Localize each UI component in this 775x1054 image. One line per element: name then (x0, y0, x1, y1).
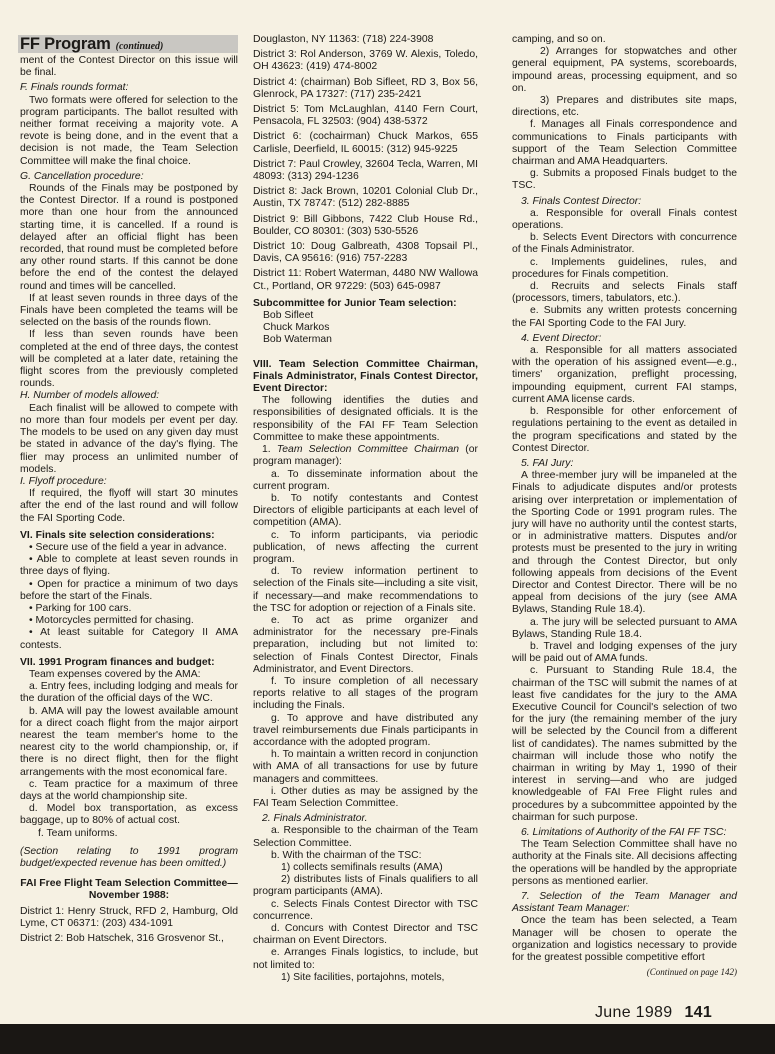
section-header: FF Program (continued) (18, 35, 238, 53)
list-item: e. Submits any written protests concerni… (512, 305, 737, 329)
item-number: 1. (262, 444, 271, 455)
district-entry: District 4: (chairman) Bob Sifleet, RD 3… (253, 77, 478, 101)
subcommittee-heading: Subcommittee for Junior Team selection: (253, 298, 478, 310)
subheading: 2. Finals Administrator. (253, 813, 478, 825)
continued-label: (continued) (116, 41, 164, 53)
member-name: Chuck Markos (253, 322, 478, 334)
district-entry: District 7: Paul Crowley, 32604 Tecla, W… (253, 159, 478, 183)
column-1: FF Program (continued) ment of the Conte… (20, 35, 238, 948)
list-item: c. Selects Finals Contest Director with … (253, 899, 478, 923)
list-item: d. Model box transportation, as excess b… (20, 803, 238, 827)
column-3: camping, and so on. 2) Arranges for stop… (512, 34, 737, 978)
subheading: H. Number of models allowed: (20, 390, 238, 402)
list-item: b. To notify contestants and Contest Dir… (253, 493, 478, 530)
bullet-item: • Parking for 100 cars. (20, 603, 238, 615)
scan-edge (0, 1024, 775, 1054)
list-item: a. Responsible to the chairman of the Te… (253, 825, 478, 849)
subcommittee-members: Bob Sifleet Chuck Markos Bob Waterman (253, 310, 478, 347)
list-item: f. Team uniforms. (20, 828, 238, 840)
list-item: b. Travel and lodging expenses of the ju… (512, 641, 737, 665)
list-item: f. Manages all Finals correspondence and… (512, 119, 737, 168)
list-item: b. Responsible for other enforcement of … (512, 406, 737, 455)
column-2: Douglaston, NY 11363: (718) 224-3908 Dis… (253, 34, 478, 984)
bullet-item: • Secure use of the field a year in adva… (20, 542, 238, 554)
section-title: FF Program (20, 35, 111, 53)
list-item: c. To inform participants, via periodic … (253, 530, 478, 567)
list-item: b. Selects Event Directors with concurre… (512, 232, 737, 256)
paragraph: The Team Selection Committee shall have … (512, 839, 737, 888)
magazine-page: FF Program (continued) ment of the Conte… (0, 0, 775, 1024)
page-folio: June 1989141 (595, 1004, 712, 1022)
page-number: 141 (684, 1004, 712, 1021)
paragraph: Two formats were offered for selection t… (20, 95, 238, 168)
item-title: Team Selection Committee Chairman (277, 444, 459, 455)
paragraph: Rounds of the Finals may be postponed by… (20, 183, 238, 293)
list-item: d. To review information pertinent to se… (253, 566, 478, 615)
list-item: e. To act as prime organizer and adminis… (253, 615, 478, 676)
section-heading: VIII. Team Selection Committee Chairman,… (253, 359, 478, 396)
paragraph: If required, the flyoff will start 30 mi… (20, 488, 238, 525)
list-item: d. Concurs with Contest Director and TSC… (253, 923, 478, 947)
subheading: G. Cancellation procedure: (20, 171, 238, 183)
list-item: a. To disseminate information about the … (253, 469, 478, 493)
paragraph: The following identifies the duties and … (253, 395, 478, 444)
district-entry: District 8: Jack Brown, 10201 Colonial C… (253, 186, 478, 210)
subheading: I. Flyoff procedure: (20, 476, 238, 488)
list-item: e. Arranges Finals logistics, to include… (253, 947, 478, 971)
district-entry: District 11: Robert Waterman, 4480 NW Wa… (253, 268, 478, 292)
bullet-item: • At least suitable for Category II AMA … (20, 627, 238, 651)
district-list: District 1: Henry Struck, RFD 2, Hamburg… (20, 906, 238, 946)
section-heading: VI. Finals site selection considerations… (20, 530, 238, 542)
paragraph: A three-member jury will be impaneled at… (512, 470, 737, 616)
bullet-item: • Motorcycles permitted for chasing. (20, 615, 238, 627)
district-entry: District 3: Rol Anderson, 3769 W. Alexis… (253, 49, 478, 73)
list-item: 2) Arranges for stopwatches and other ge… (512, 46, 737, 95)
list-item: b. AMA will pay the lowest available amo… (20, 706, 238, 779)
list-item: 1) collects semifinals results (AMA) (253, 862, 478, 874)
bullet-item: • Able to complete at least seven rounds… (20, 554, 238, 578)
list-item: f. To insure completion of all necessary… (253, 676, 478, 713)
paragraph: Team expenses covered by the AMA: (20, 669, 238, 681)
subheading: 6. Limitations of Authority of the FAI F… (512, 827, 737, 839)
member-name: Bob Sifleet (253, 310, 478, 322)
list-item: c. Pursuant to Standing Rule 18.4, the c… (512, 665, 737, 824)
section-heading: VII. 1991 Program finances and budget: (20, 657, 238, 669)
list-item: a. Entry fees, including lodging and mea… (20, 681, 238, 705)
list-item: c. Team practice for a maximum of three … (20, 779, 238, 803)
paragraph: If at least seven rounds in three days o… (20, 293, 238, 330)
paragraph: If less than seven rounds have been comp… (20, 329, 238, 390)
district-entry: District 10: Doug Galbreath, 4308 Topsai… (253, 241, 478, 265)
list-item: d. Recruits and selects Finals staff (pr… (512, 281, 737, 305)
district-entry: District 9: Bill Gibbons, 7422 Club Hous… (253, 214, 478, 238)
district-list: Douglaston, NY 11363: (718) 224-3908 Dis… (253, 34, 478, 293)
paragraph: Once the team has been selected, a Team … (512, 915, 737, 964)
list-item: b. With the chairman of the TSC: (253, 850, 478, 862)
bullet-item: • Open for practice a minimum of two day… (20, 579, 238, 603)
subheading: 7. Selection of the Team Manager and Ass… (512, 891, 737, 915)
editor-note: (Section relating to 1991 program budget… (20, 846, 238, 870)
list-item: a. Responsible for all matters associate… (512, 345, 737, 406)
subheading: F. Finals rounds format: (20, 82, 238, 94)
subheading: 4. Event Director: (512, 333, 737, 345)
subheading: 1. Team Selection Committee Chairman (or… (253, 444, 478, 468)
district-entry: District 6: (cochairman) Chuck Markos, 6… (253, 131, 478, 155)
district-entry: District 5: Tom McLaughlan, 4140 Fern Co… (253, 104, 478, 128)
district-entry: District 1: Henry Struck, RFD 2, Hamburg… (20, 906, 238, 930)
list-item: i. Other duties as may be assigned by th… (253, 786, 478, 810)
list-item: 2) distributes lists of Finals qualifier… (253, 874, 478, 898)
list-item: a. The jury will be selected pursuant to… (512, 617, 737, 641)
committee-heading: FAI Free Flight Team Selection Committee… (20, 878, 238, 902)
paragraph: ment of the Contest Director on this iss… (20, 55, 238, 79)
list-item: a. Responsible for overall Finals contes… (512, 208, 737, 232)
list-item: g. Submits a proposed Finals budget to t… (512, 168, 737, 192)
district-entry: Douglaston, NY 11363: (718) 224-3908 (253, 34, 478, 46)
subheading: 3. Finals Contest Director: (512, 196, 737, 208)
district-entry: District 2: Bob Hatschek, 316 Grosvenor … (20, 933, 238, 945)
continued-note: (Continued on page 142) (512, 966, 737, 978)
member-name: Bob Waterman (253, 334, 478, 346)
list-item: g. To approve and have distributed any t… (253, 713, 478, 750)
subheading: 5. FAI Jury: (512, 458, 737, 470)
list-item: camping, and so on. (512, 34, 737, 46)
list-item: c. Implements guidelines, rules, and pro… (512, 257, 737, 281)
paragraph: Each finalist will be allowed to compete… (20, 403, 238, 476)
issue-date: June 1989 (595, 1004, 672, 1021)
list-item: h. To maintain a written record in conju… (253, 749, 478, 786)
list-item: 3) Prepares and distributes site maps, d… (512, 95, 737, 119)
list-item: 1) Site facilities, portajohns, motels, (253, 972, 478, 984)
